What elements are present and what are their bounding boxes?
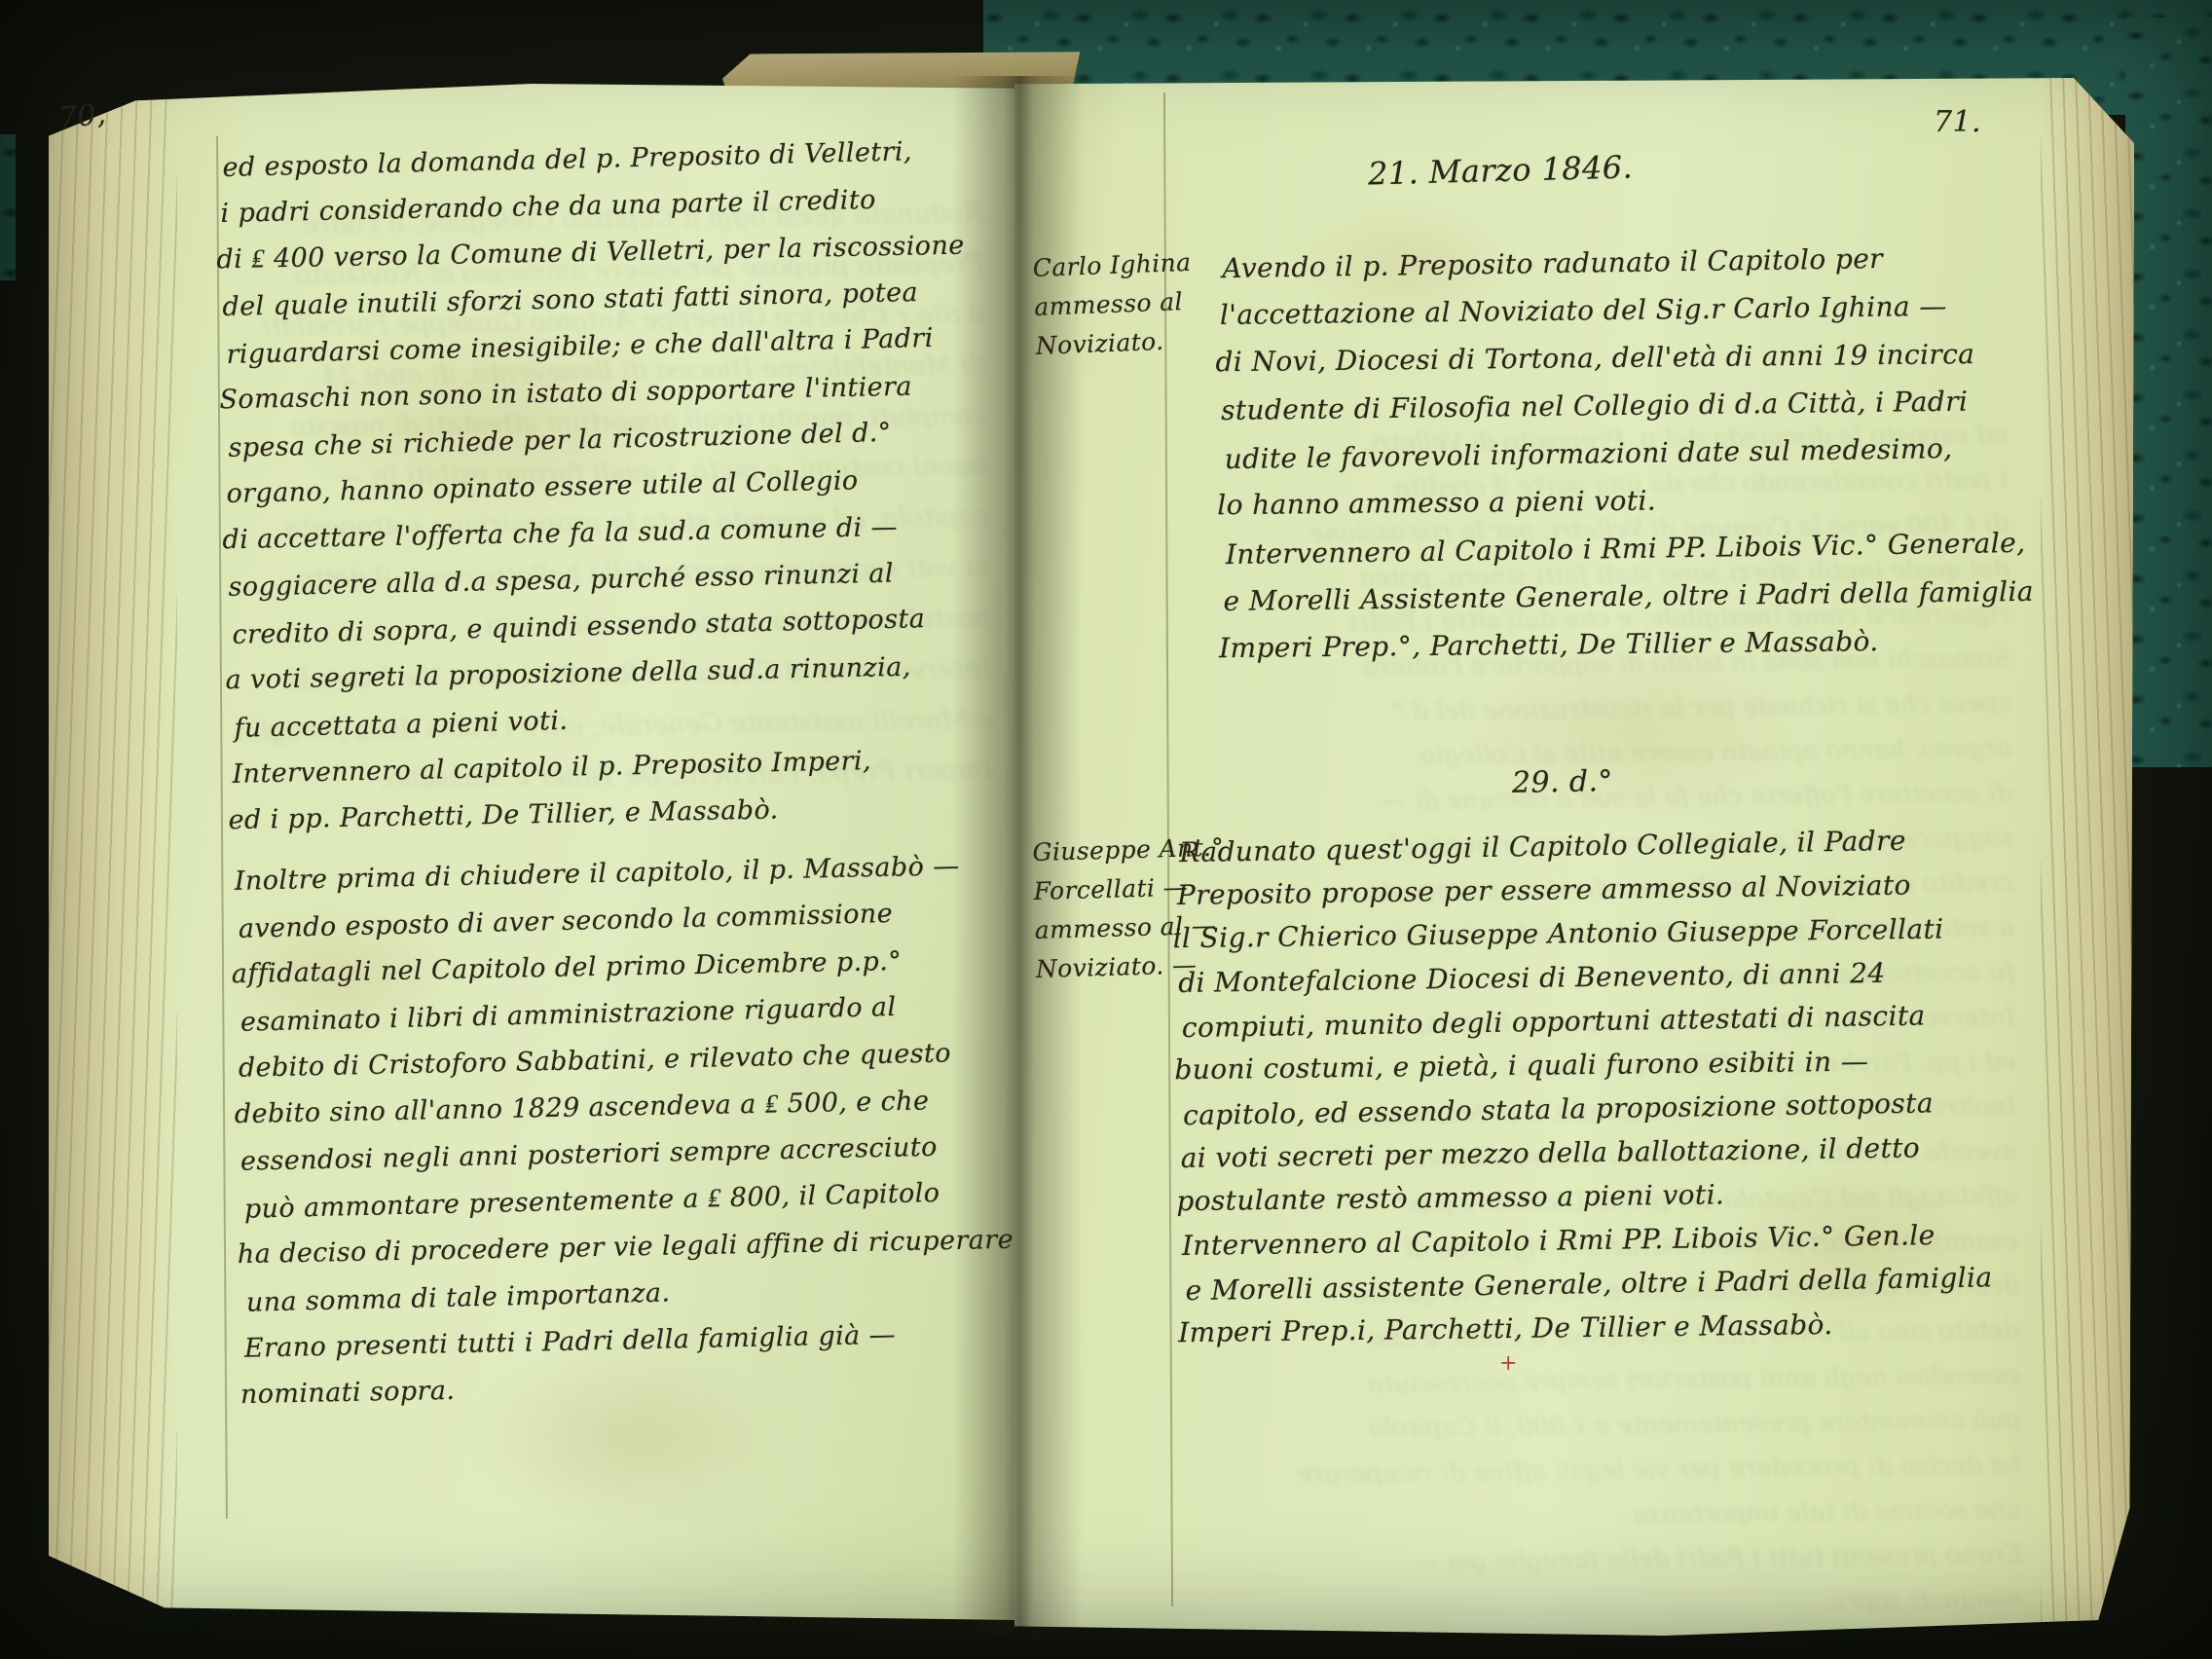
margin-note-line: Noviziato. [1035, 320, 1223, 366]
manuscript-photo: Radunato quest'oggi il Capitolo Collegia… [0, 0, 2212, 1659]
book-cover-marble-left-sliver [0, 134, 16, 280]
margin-note-carlo-ighina: Carlo Ighinaammesso alNoviziato. [1032, 242, 1223, 366]
manuscript-line: Imperi Prep.°, Parchetti, De Tillier e M… [1219, 615, 2087, 672]
right-page-number: 71. [1934, 105, 1981, 139]
left-page-number: 70, [56, 97, 107, 136]
entry-date-heading: 21. Marzo 1846. [1368, 148, 1634, 192]
entry2-body-text: Radunato quest'oggi il Capitolo Collegia… [1176, 817, 2090, 1355]
left-page-body-text: ed esposto la domanda del p. Preposito d… [219, 128, 1036, 1419]
book-cover-marble-right-edge [2125, 18, 2212, 767]
entry2-date-heading: 29. d.° [1512, 764, 1613, 800]
entry1-body-text: Avendo il p. Preposito radunato il Capit… [1219, 233, 2092, 673]
red-cross-mark: + [1499, 1351, 1518, 1376]
manuscript-line: di Novi, Diocesi di Tortona, dell'età di… [1215, 329, 2083, 386]
